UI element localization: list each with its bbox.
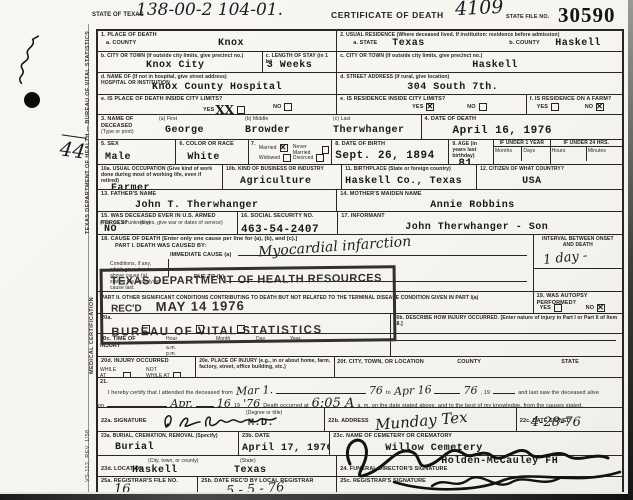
- sex-value: Male: [105, 153, 172, 164]
- birthplace-value: Haskell Co., Texas: [345, 177, 473, 188]
- residence-limits-yes-checkbox: [426, 103, 434, 111]
- stamp-line3: BUREAU OF VITAL STATISTICS: [111, 323, 385, 338]
- hw-cert-number: 4109: [454, 0, 503, 20]
- autopsy-no-checkbox: [597, 304, 605, 312]
- citizen-value: USA: [522, 177, 619, 188]
- row-forces-ssn: 15. WAS DECEASED EVER IN U.S. ARMED FORC…: [98, 212, 622, 235]
- residence-limits-no-checkbox: [479, 103, 487, 111]
- under-1-year-cell: IF UNDER 1 YEAR Months Days: [494, 140, 551, 164]
- injury-occurred-cell: 20d. INJURY OCCURRED WHILE AT WORK NOT W…: [98, 357, 196, 377]
- stamp-recd-label: REC'D: [111, 303, 142, 314]
- last-name-label: (c) Last: [333, 116, 418, 122]
- no-label: NO: [586, 305, 594, 312]
- race-cell: 6. COLOR OR RACE White: [176, 140, 248, 164]
- funeral-director-signature-scribble: [336, 428, 632, 496]
- place-of-injury-label: 20e. PLACE OF INJURY (e.g., in or about …: [199, 358, 331, 370]
- date-of-birth-label: 8. DATE OF BIRTH: [335, 141, 445, 148]
- row-hospital-address: d. NAME OF (If not in hospital, give str…: [98, 73, 622, 95]
- residence-county-value: Haskell: [555, 39, 601, 50]
- hole-punch-mark: [24, 92, 40, 108]
- occupation-label: 10a. USUAL OCCUPATION (Give kind of work…: [101, 166, 219, 184]
- date-of-death-value: April 16, 1976: [453, 126, 619, 138]
- residence-farm-cell: f. IS RESIDENCE ON A FARM? YES NO: [527, 95, 622, 114]
- birthplace-label: 11. BIRTHPLACE (State or foreign country…: [345, 166, 473, 172]
- mother-cell: 14. MOTHER'S MAIDEN NAME Annie Robbins: [337, 190, 622, 211]
- usual-residence-cell: 2. USUAL RESIDENCE (Where deceased lived…: [337, 31, 622, 51]
- row-parents: 13. FATHER'S NAME John T. Therwhanger 14…: [98, 190, 622, 212]
- burial-label: 23a. BURIAL, CREMATION, REMOVAL (Specify…: [101, 433, 235, 439]
- interval-hw: 1 day -: [542, 245, 620, 268]
- date-of-birth-value: Sept. 26, 1894: [335, 151, 445, 163]
- location-state-sub: (State): [240, 458, 256, 464]
- street-address-value: 304 South 7th.: [407, 83, 498, 94]
- armed-forces-sub2: (If yes, give war or dates of service): [140, 220, 223, 226]
- burial-value: Burial: [115, 443, 235, 454]
- hw-time-of-death: 6:05 A: [312, 396, 355, 407]
- ssn-cell: 16. SOCIAL SECURITY NO. 463-54-2407: [238, 212, 338, 234]
- widowed-checkbox: [283, 154, 291, 162]
- date-of-birth-cell: 8. DATE OF BIRTH Sept. 26, 1894: [332, 140, 449, 164]
- row-certification: 21. I hereby certify that I attended the…: [98, 378, 622, 408]
- married-label: Married: [259, 145, 277, 151]
- informant-value: John Therwhanger - Son: [405, 223, 619, 234]
- item-21-label: 21.: [100, 379, 108, 386]
- yes-label: YES: [540, 305, 551, 312]
- married-checkbox: [280, 144, 288, 152]
- mother-value: Annie Robbins: [430, 201, 619, 211]
- armed-forces-cell: 15. WAS DECEASED EVER IN U.S. ARMED FORC…: [98, 212, 238, 234]
- injury-answer-cell: [391, 334, 622, 356]
- death-city-value: Knox City: [146, 61, 205, 72]
- location-state-value: Texas: [234, 466, 267, 476]
- certify-text-8: a. m. on the date stated above, and to t…: [357, 403, 583, 407]
- signature-label: 22a. SIGNATURE: [101, 418, 147, 424]
- never-married-checkbox: [322, 146, 329, 154]
- length-of-stay-cell: c. LENGTH OF STAY (in 1 b.) 3 Weeks: [263, 52, 337, 72]
- hw-last-seen-year: '76: [243, 397, 260, 407]
- first-name-label: (a) First: [159, 116, 245, 122]
- informant-label: 17. INFORMANT: [341, 213, 619, 220]
- age-value: 81: [458, 159, 490, 164]
- row-city-stay: b. CITY OR TOWN (If outside city limits,…: [98, 52, 622, 73]
- stamp-date: MAY 14 1976: [156, 298, 245, 314]
- describe-injury-cell: 20b. DESCRIBE HOW INJURY OCCURRED. [Ente…: [391, 314, 622, 333]
- age-cell: 9. AGE (in years last birthday) 81: [449, 140, 494, 164]
- father-value: John T. Therwhanger: [135, 201, 333, 211]
- not-while-at-work-label: NOT WHILE AT WORK: [146, 367, 170, 377]
- no-label: NO: [273, 104, 281, 111]
- hw-margin-number: 44: [58, 134, 87, 163]
- injury-state-label: STATE: [561, 359, 579, 366]
- hours-label: Hours: [551, 147, 587, 161]
- yes-label: YES: [203, 107, 214, 114]
- armed-forces-value: NO: [104, 225, 117, 234]
- death-certificate-scan: STATE OF TEXAS 138-00-2 104-01. CERTIFIC…: [0, 0, 633, 500]
- farm-yes-checkbox: [551, 103, 559, 111]
- date-of-death-cell: 4. DATE OF DEATH April 16, 1976: [422, 115, 622, 139]
- immediate-cause-label: IMMEDIATE CAUSE (a): [170, 252, 231, 259]
- corner-annotation-scribble: [7, 29, 48, 89]
- interval-cell: INTERVAL BETWEEN ONSET AND DEATH 1 day -: [534, 235, 622, 291]
- ampm-label: a.m. p.m.: [166, 345, 186, 356]
- middle-name-label: (b) Middle: [245, 116, 333, 122]
- father-label: 13. FATHER'S NAME: [101, 191, 333, 198]
- injury-occurred-label: 20d. INJURY OCCURRED: [101, 358, 192, 365]
- death-limits-no-checkbox: [284, 103, 292, 111]
- widowed-label: Widowed: [259, 155, 280, 161]
- certify-text-6: 19: [234, 403, 240, 407]
- dept-vertical-label: TEXAS DEPARTMENT OF HEALTH — BUREAU OF V…: [85, 34, 91, 234]
- death-city-limits-label: e. IS PLACE OF DEATH INSIDE CITY LIMITS?: [101, 96, 333, 103]
- divorced-checkbox: [316, 154, 324, 162]
- county-value: Knox: [218, 39, 244, 50]
- name-label: 3. NAME OF DECEASED: [101, 116, 159, 129]
- residence-city-label: c. CITY OR TOWN (If outside city limits,…: [340, 53, 619, 59]
- hw-file-code: 138-00-2 104-01.: [136, 0, 283, 20]
- marital-status-cell: 7. Married Never Married Widowed Divorce…: [249, 140, 332, 164]
- days-label: Days: [522, 147, 549, 161]
- father-cell: 13. FATHER'S NAME John T. Therwhanger: [98, 190, 337, 211]
- state-file-number: 30590: [558, 3, 616, 28]
- residence-city-value: Haskell: [472, 61, 518, 72]
- occupation-cell: 10a. USUAL OCCUPATION (Give kind of work…: [98, 165, 223, 189]
- yes-label: YES: [537, 104, 548, 111]
- injury-city-cell: 20f. CITY, TOWN, OR LOCATION COUNTY STAT…: [335, 357, 622, 377]
- row-injury-place: 20d. INJURY OCCURRED WHILE AT WORK NOT W…: [98, 357, 622, 378]
- sex-label: 5. SEX: [101, 141, 172, 148]
- medical-certification-vertical-label: MEDICAL CERTIFICATION: [89, 244, 95, 374]
- no-label: NO: [585, 104, 593, 111]
- ssn-label: 16. SOCIAL SECURITY NO.: [241, 213, 334, 220]
- last-name-value: Therwhanger: [333, 126, 418, 137]
- row-place-residence: 1. PLACE OF DEATH a. COUNTY Knox 2. USUA…: [98, 31, 622, 52]
- row-sex-dob: 5. SEX Male 6. COLOR OR RACE White 7. Ma…: [98, 140, 622, 165]
- business-label: 10b. KIND OF BUSINESS OR INDUSTRY: [226, 166, 338, 172]
- autopsy-cell: 19. WAS AUTOPSY PERFORMED? YES NO: [534, 292, 622, 313]
- not-while-at-work-checkbox: [173, 372, 181, 377]
- hw-last-seen-day: 16: [217, 397, 231, 407]
- describe-injury-label: 20b. DESCRIBE HOW INJURY OCCURRED. [Ente…: [394, 315, 619, 327]
- received-stamp: TEXAS DEPARTMENT OF HEALTH RESOURCES REC…: [100, 265, 397, 345]
- occupation-value: Farmer: [111, 184, 219, 189]
- under-24-hrs-cell: IF UNDER 24 HRS. Hours Minutes: [551, 140, 622, 164]
- race-value: White: [187, 153, 244, 164]
- months-label: Months: [494, 147, 522, 161]
- state-file-no-label: STATE FILE NO.: [506, 14, 549, 21]
- while-at-work-label: WHILE AT WORK: [100, 367, 120, 377]
- under-1-year-label: IF UNDER 1 YEAR: [494, 140, 550, 147]
- death-city-cell: b. CITY OR TOWN (If outside city limits,…: [98, 52, 263, 72]
- informant-cell: 17. INFORMANT John Therwhanger - Son: [338, 212, 622, 234]
- row-city-limits: e. IS PLACE OF DEATH INSIDE CITY LIMITS?…: [98, 95, 622, 115]
- physician-signature-cell: 22a. SIGNATURE (Degree or title) M.D.: [98, 408, 325, 431]
- name-sub-label: (Type or print): [101, 129, 159, 135]
- autopsy-yes-checkbox: [554, 304, 562, 312]
- business-cell: 10b. KIND OF BUSINESS OR INDUSTRY Agricu…: [223, 165, 342, 189]
- farm-no-checkbox: [596, 103, 604, 111]
- residence-county-label: b. COUNTY: [509, 40, 540, 47]
- certificate-title: CERTIFICATE OF DEATH: [331, 10, 444, 20]
- scan-edge-bottom: [0, 494, 633, 500]
- death-limits-yes-checkbox: [237, 106, 245, 114]
- certification-cell: 21. I hereby certify that I attended the…: [98, 378, 622, 407]
- yes-label: YES: [412, 104, 423, 111]
- certify-text-5: on: [98, 403, 104, 407]
- residence-state-value: Texas: [392, 39, 425, 50]
- injury-county-label: COUNTY: [457, 359, 481, 366]
- mother-label: 14. MOTHER'S MAIDEN NAME: [340, 191, 619, 198]
- ssn-value: 463-54-2407: [241, 225, 334, 234]
- minutes-label: Minutes: [587, 147, 622, 161]
- length-of-stay-value: 3 Weeks: [267, 61, 313, 72]
- date-of-death-label: 4. DATE OF DEATH: [425, 116, 619, 123]
- form-number-vertical-label: VS-112, REV. 1/58: [85, 412, 91, 482]
- residence-city-limits-cell: e. IS RESIDENCE INSIDE CITY LIMITS? YES …: [337, 95, 527, 114]
- name-cell: 3. NAME OF DECEASED (Type or print) (a) …: [98, 115, 422, 139]
- residence-farm-label: f. IS RESIDENCE ON A FARM?: [530, 96, 619, 103]
- middle-name-value: Browder: [245, 126, 333, 137]
- divorced-label: Divorced: [293, 155, 314, 161]
- county-label: a. COUNTY: [106, 40, 136, 47]
- under-24-hrs-label: IF UNDER 24 HRS.: [551, 140, 622, 147]
- injury-city-label: 20f. CITY, TOWN, OR LOCATION: [337, 359, 424, 366]
- citizen-cell: 12. CITIZEN OF WHAT COUNTRY? USA: [477, 165, 622, 189]
- sex-cell: 5. SEX Male: [98, 140, 176, 164]
- death-city-label: b. CITY OR TOWN (If outside city limits,…: [101, 53, 259, 59]
- residence-city-cell: c. CITY OR TOWN (If outside city limits,…: [337, 52, 622, 72]
- residence-state-label: a. STATE: [353, 40, 377, 47]
- hospital-cell: d. NAME OF (If not in hospital, give str…: [98, 73, 337, 94]
- certificate-form: 1. PLACE OF DEATH a. COUNTY Knox 2. USUA…: [96, 29, 624, 495]
- death-city-limits-cell: e. IS PLACE OF DEATH INSIDE CITY LIMITS?…: [98, 95, 337, 114]
- burial-cell: 23a. BURIAL, CREMATION, REMOVAL (Specify…: [98, 432, 239, 455]
- age-label: 9. AGE (in years last birthday): [452, 141, 490, 159]
- location-city-value: Haskell: [132, 466, 178, 476]
- row-name-dod: 3. NAME OF DECEASED (Type or print) (a) …: [98, 115, 622, 140]
- burial-date-label: 23b. DATE: [242, 433, 326, 440]
- business-value: Agriculture: [240, 177, 338, 188]
- burial-location-cell: 23d. LOCATION (City, town, or county) (S…: [98, 456, 337, 476]
- marital-label: 7.: [251, 141, 256, 148]
- hospital-value: Knox County Hospital: [152, 83, 282, 94]
- place-of-injury-cell: 20e. PLACE OF INJURY (e.g., in or about …: [196, 357, 335, 377]
- hw-last-seen-month: Apr.: [170, 397, 193, 407]
- place-of-death-cell: 1. PLACE OF DEATH a. COUNTY Knox: [98, 31, 337, 51]
- row-occupation: 10a. USUAL OCCUPATION (Give kind of work…: [98, 165, 622, 190]
- street-address-cell: d. STREET ADDRESS (If rural, give locati…: [337, 73, 622, 94]
- address-label: 22b. ADDRESS: [328, 418, 368, 424]
- birthplace-cell: 11. BIRTHPLACE (State or foreign country…: [342, 165, 477, 189]
- race-label: 6. COLOR OR RACE: [179, 141, 244, 148]
- certify-text-7: Death occurred at: [263, 403, 308, 407]
- physician-signature-scribble: [158, 410, 288, 431]
- stamp-line1: TEXAS DEPARTMENT OF HEALTH RESOURCES: [111, 272, 385, 287]
- location-city-sub: (City, town, or county): [148, 458, 199, 464]
- big-x-mark: XX: [215, 103, 234, 114]
- citizen-label: 12. CITIZEN OF WHAT COUNTRY?: [480, 166, 619, 172]
- first-name-value: George: [165, 126, 245, 137]
- burial-date-cell: 23b. DATE April 17, 1976: [239, 432, 330, 455]
- no-label: NO: [467, 104, 475, 111]
- while-at-work-checkbox: [123, 372, 131, 377]
- burial-date-value: April 17, 1976: [242, 444, 326, 455]
- street-address-label: d. STREET ADDRESS (If rural, give locati…: [340, 74, 619, 80]
- scan-edge-right: [628, 0, 633, 500]
